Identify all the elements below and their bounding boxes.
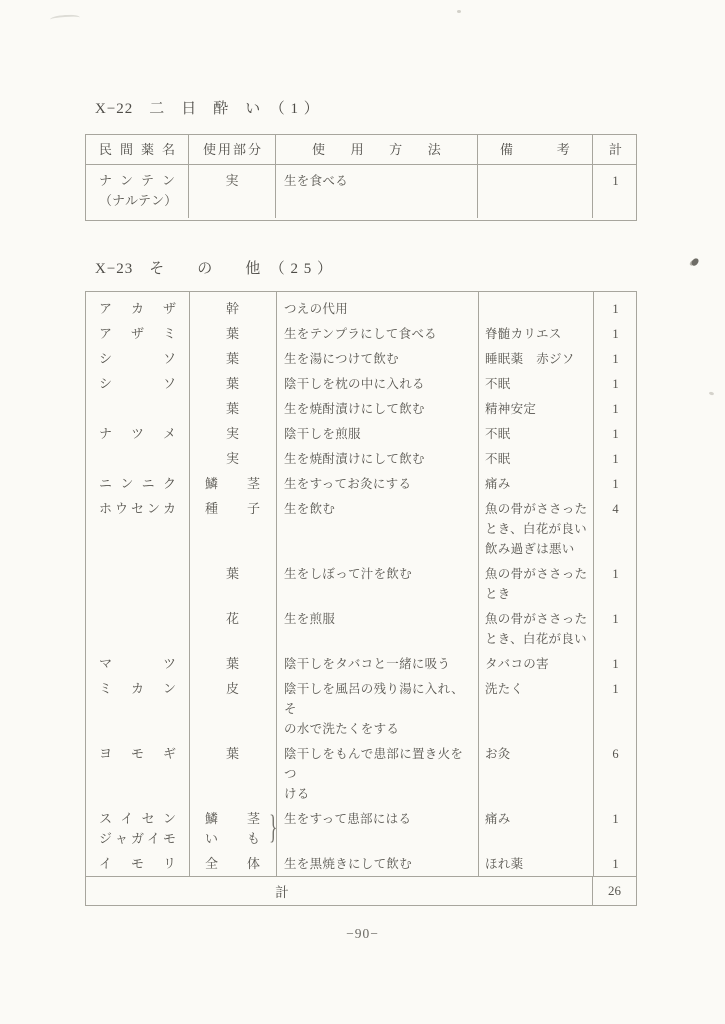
method-cell: 生を湯につけて飲む: [276, 349, 478, 369]
table-row: ニンニク鱗茎生をすってお灸にする痛み1: [86, 474, 636, 494]
scan-artifact: [50, 14, 80, 23]
remark-cell: 魚の骨がささった とき、白花が良い: [478, 609, 593, 649]
count-cell: 1: [593, 854, 636, 874]
remark-cell: ほれ薬: [478, 854, 593, 874]
x22-table-body: ナンテン（ナルテン）実生を食べる1: [86, 165, 636, 218]
method-cell: 生をすってお灸にする: [276, 474, 478, 494]
name-cell: ヨモギ: [86, 744, 189, 764]
remark-cell: 魚の骨がささった とき、白花が良い 飲み過ぎは悪い: [478, 499, 593, 559]
part-cell: 実: [189, 449, 276, 469]
table-row: アカザ幹つえの代用1: [86, 299, 636, 319]
count-cell: 1: [593, 449, 636, 469]
method-cell: つえの代用: [276, 299, 478, 319]
part-cell: 種子: [189, 499, 276, 519]
name-cell: アザミ: [86, 324, 189, 344]
x22-table-header-row: 民間薬名 使用部分 使用方法 備考 計: [86, 135, 636, 165]
total-row: 計 26: [86, 876, 636, 905]
part-cell: 幹: [189, 299, 276, 319]
method-cell: 生を食べる: [276, 165, 478, 218]
table-row: シソ葉陰干しを枕の中に入れる不眠1: [86, 374, 636, 394]
method-cell: 陰干しをタバコと一緒に吸う: [276, 654, 478, 674]
part-cell: 葉: [189, 744, 276, 764]
method-cell: 生を焼酎漬けにして飲む: [276, 449, 478, 469]
count-cell: 1: [593, 564, 636, 584]
count-cell: 1: [593, 424, 636, 444]
name-cell: ニンニク: [86, 474, 189, 494]
table-row: アザミ葉生をテンプラにして食べる脊髄カリエス1: [86, 324, 636, 344]
x23-table: アカザ幹つえの代用1アザミ葉生をテンプラにして食べる脊髄カリエス1シソ葉生を湯に…: [85, 291, 637, 906]
name-cell: シソ: [86, 349, 189, 369]
part-cell: 実: [189, 165, 276, 218]
count-cell: 1: [593, 654, 636, 674]
column-header-remark: 備考: [478, 135, 593, 164]
name-cell: ミカン: [86, 679, 189, 699]
remark-cell: 不眠: [478, 374, 593, 394]
page-number: −90−: [0, 926, 725, 942]
remark-cell: 睡眠薬 赤ジソ: [478, 349, 593, 369]
column-header-name: 民間薬名: [86, 135, 189, 164]
method-cell: 生をしぼって汁を飲む: [276, 564, 478, 584]
method-cell: 生を煎服: [276, 609, 478, 629]
count-cell: 1: [593, 349, 636, 369]
total-label-cell: 計: [86, 877, 593, 905]
method-cell: 陰干しを枕の中に入れる: [276, 374, 478, 394]
count-cell: 1: [593, 609, 636, 629]
total-value: 26: [593, 883, 636, 899]
table-row: ホウセンカ種子生を飲む魚の骨がささった とき、白花が良い 飲み過ぎは悪い4: [86, 499, 636, 559]
remark-cell: [478, 165, 593, 218]
method-cell: 生を黒焼きにして飲む: [276, 854, 478, 874]
count-cell: 1: [593, 474, 636, 494]
part-cell: 全体: [189, 854, 276, 874]
name-cell: ナンテン（ナルテン）: [86, 165, 189, 218]
part-cell: 皮: [189, 679, 276, 699]
count-cell: 1: [593, 679, 636, 699]
scan-artifact: [709, 391, 715, 395]
remark-cell: 不眠: [478, 449, 593, 469]
part-cell: 花: [189, 609, 276, 629]
name-cell: スイセンジャガイモ: [86, 809, 189, 849]
table-row: ヨモギ葉陰干しをもんで患部に置き火をつ けるお灸6: [86, 744, 636, 804]
column-header-total: 計: [593, 135, 638, 164]
part-cell: 葉: [189, 349, 276, 369]
name-cell: イモリ: [86, 854, 189, 874]
section-x22-title: X−22 二 日 酔 い （ 1 ）: [95, 97, 320, 118]
count-cell: 1: [593, 374, 636, 394]
x23-table-body: アカザ幹つえの代用1アザミ葉生をテンプラにして食べる脊髄カリエス1シソ葉生を湯に…: [86, 292, 636, 876]
method-cell: 陰干しを風呂の残り湯に入れ、そ の水で洗たくをする: [276, 679, 478, 739]
section-x23-title: X−23 そ の 他 （ 2 5 ）: [95, 257, 333, 278]
part-cell: 実: [189, 424, 276, 444]
table-row: シソ葉生を湯につけて飲む睡眠薬 赤ジソ1: [86, 349, 636, 369]
method-cell: 陰干しをもんで患部に置き火をつ ける: [276, 744, 478, 804]
name-cell: シソ: [86, 374, 189, 394]
remark-cell: お灸: [478, 744, 593, 764]
remark-cell: 不眠: [478, 424, 593, 444]
remark-cell: 洗たく: [478, 679, 593, 699]
table-row: 葉生をしぼって汁を飲む魚の骨がささった とき1: [86, 564, 636, 604]
total-label: 計: [86, 881, 478, 901]
brace-mark: }: [269, 806, 277, 850]
name-cell: ナツメ: [86, 424, 189, 444]
table-row: 葉生を焼酎漬けにして飲む精神安定1: [86, 399, 636, 419]
table-row: 実生を焼酎漬けにして飲む不眠1: [86, 449, 636, 469]
method-cell: 生を飲む: [276, 499, 478, 519]
count-cell: 4: [593, 499, 636, 519]
count-cell: 1: [593, 324, 636, 344]
count-cell: 6: [593, 744, 636, 764]
method-cell: 生をすって患部にはる: [276, 809, 478, 829]
remark-cell: 脊髄カリエス: [478, 324, 593, 344]
table-row: 花生を煎服魚の骨がささった とき、白花が良い1: [86, 609, 636, 649]
table-row: イモリ全体生を黒焼きにして飲むほれ薬1: [86, 854, 636, 874]
count-cell: 1: [593, 165, 638, 218]
scan-artifact: [457, 10, 461, 13]
table-row: マツ葉陰干しをタバコと一緒に吸うタバコの害1: [86, 654, 636, 674]
part-cell: 鱗茎いも}: [189, 809, 276, 849]
part-cell: 葉: [189, 564, 276, 584]
part-cell: 葉: [189, 374, 276, 394]
method-cell: 生を焼酎漬けにして飲む: [276, 399, 478, 419]
table-row: ミカン皮陰干しを風呂の残り湯に入れ、そ の水で洗たくをする洗たく1: [86, 679, 636, 739]
remark-cell: 痛み: [478, 474, 593, 494]
part-cell: 葉: [189, 399, 276, 419]
count-cell: 1: [593, 299, 636, 319]
part-cell: 葉: [189, 324, 276, 344]
count-cell: 1: [593, 399, 636, 419]
scan-artifact: [690, 257, 699, 267]
method-cell: 陰干しを煎服: [276, 424, 478, 444]
count-cell: 1: [593, 809, 636, 829]
method-cell: 生をテンプラにして食べる: [276, 324, 478, 344]
remark-cell: タバコの害: [478, 654, 593, 674]
x22-table: 民間薬名 使用部分 使用方法 備考 計 ナンテン（ナルテン）実生を食べる1: [85, 134, 637, 221]
document-page: X−22 二 日 酔 い （ 1 ） 民間薬名 使用部分 使用方法 備考 計 ナ…: [0, 0, 725, 1024]
name-cell: マツ: [86, 654, 189, 674]
part-cell: 葉: [189, 654, 276, 674]
remark-cell: 魚の骨がささった とき: [478, 564, 593, 604]
part-cell: 鱗茎: [189, 474, 276, 494]
table-row: ナツメ実陰干しを煎服不眠1: [86, 424, 636, 444]
column-header-method: 使用方法: [276, 135, 478, 164]
table-row: スイセンジャガイモ鱗茎いも}生をすって患部にはる痛み1: [86, 809, 636, 849]
remark-cell: 痛み: [478, 809, 593, 829]
name-cell: アカザ: [86, 299, 189, 319]
column-header-part: 使用部分: [189, 135, 276, 164]
remark-cell: 精神安定: [478, 399, 593, 419]
table-row: ナンテン（ナルテン）実生を食べる1: [86, 165, 636, 218]
name-cell: ホウセンカ: [86, 499, 189, 519]
